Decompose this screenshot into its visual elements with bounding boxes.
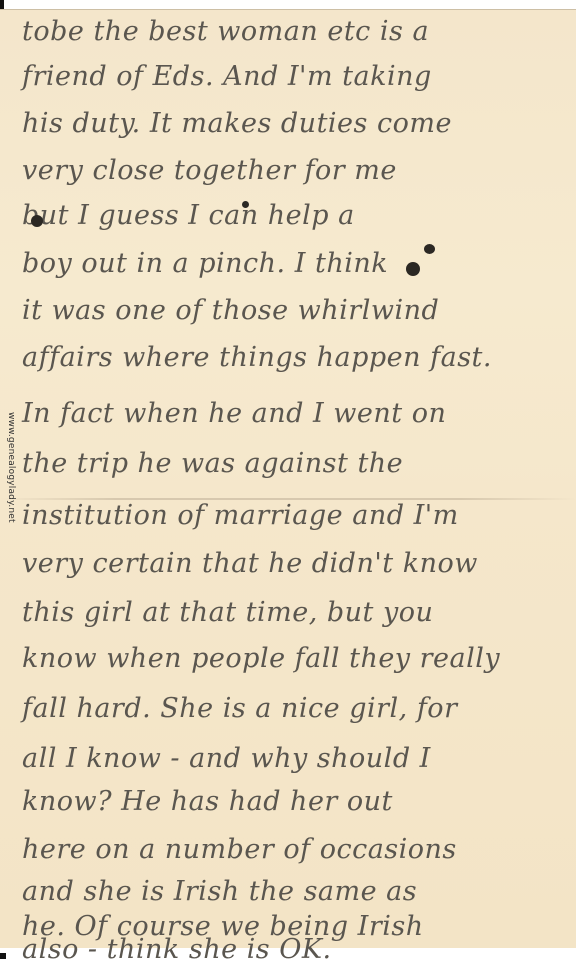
- text-line: very close together for me: [22, 155, 397, 186]
- text-line: In fact when he and I went on: [22, 398, 446, 429]
- text-line: the trip he was against the: [22, 448, 403, 479]
- text-line: very certain that he didn't know: [22, 548, 478, 579]
- text-line: but I guess I can help a: [22, 200, 355, 231]
- text-line: and she is Irish the same as: [22, 876, 417, 907]
- text-line: know when people fall they really: [22, 643, 500, 674]
- ink-blot: [242, 201, 249, 208]
- text-line: also - think she is OK.: [22, 934, 332, 959]
- text-line: affairs where things happen fast.: [22, 342, 492, 373]
- ink-blot: [424, 244, 435, 254]
- text-line: know? He has had her out: [22, 786, 393, 817]
- text-line: fall hard. She is a nice girl, for: [22, 693, 457, 724]
- ink-blot: [31, 215, 43, 227]
- text-line: institution of marriage and I'm: [22, 500, 459, 531]
- text-line: his duty. It makes duties come: [22, 108, 452, 139]
- text-line: tobe the best woman etc is a: [22, 16, 429, 47]
- ink-blot: [406, 262, 420, 276]
- text-line: friend of Eds. And I'm taking: [22, 61, 432, 92]
- handwritten-text: tobe the best woman etc is a friend of E…: [0, 0, 584, 959]
- text-line: all I know - and why should I: [22, 743, 431, 774]
- scan-corner-mark: [0, 953, 6, 959]
- text-line: it was one of those whirlwind: [22, 295, 439, 326]
- text-line: boy out in a pinch. I think: [22, 248, 388, 279]
- text-line: here on a number of occasions: [22, 834, 457, 865]
- text-line: this girl at that time, but you: [22, 597, 433, 628]
